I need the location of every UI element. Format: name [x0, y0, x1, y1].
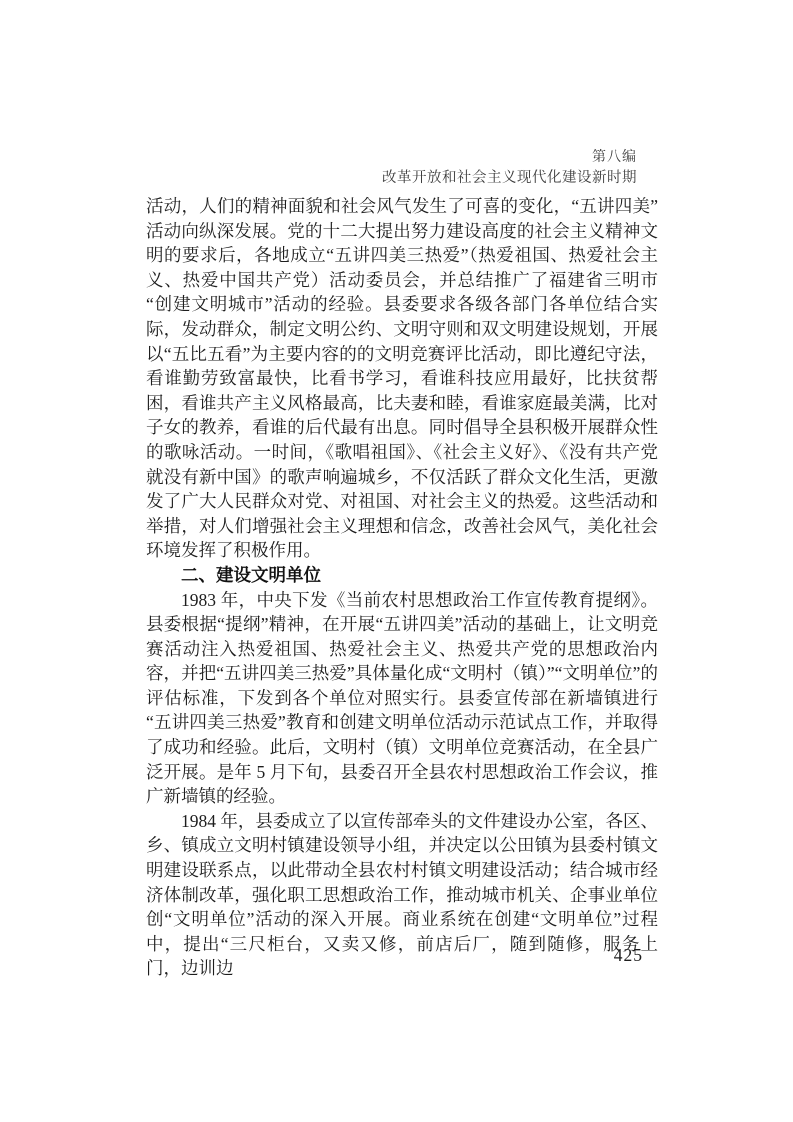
- body-text-column: 活动，人们的精神面貌和社会风气发生了可喜的变化，“五讲四美”活动向纵深发展。党的…: [146, 194, 658, 981]
- paragraph-1983: 1983 年，中央下发《当前农村思想政治工作宣传教育提纲》。县委根据“提纲”精神…: [146, 588, 658, 809]
- running-head-title: 改革开放和社会主义现代化建设新时期: [382, 168, 637, 189]
- book-page: 第八编 改革开放和社会主义现代化建设新时期 活动，人们的精神面貌和社会风气发生了…: [0, 0, 793, 1122]
- paragraph-1984: 1984 年，县委成立了以宣传部牵头的文件建设办公室，各区、乡、镇成立文明村镇建…: [146, 809, 658, 981]
- section-heading: 二、建设文明单位: [146, 563, 658, 588]
- running-head: 第八编 改革开放和社会主义现代化建设新时期: [382, 148, 637, 189]
- running-head-volume: 第八编: [382, 148, 637, 168]
- paragraph-continued: 活动，人们的精神面貌和社会风气发生了可喜的变化，“五讲四美”活动向纵深发展。党的…: [146, 194, 658, 563]
- page-number: 425: [614, 944, 643, 966]
